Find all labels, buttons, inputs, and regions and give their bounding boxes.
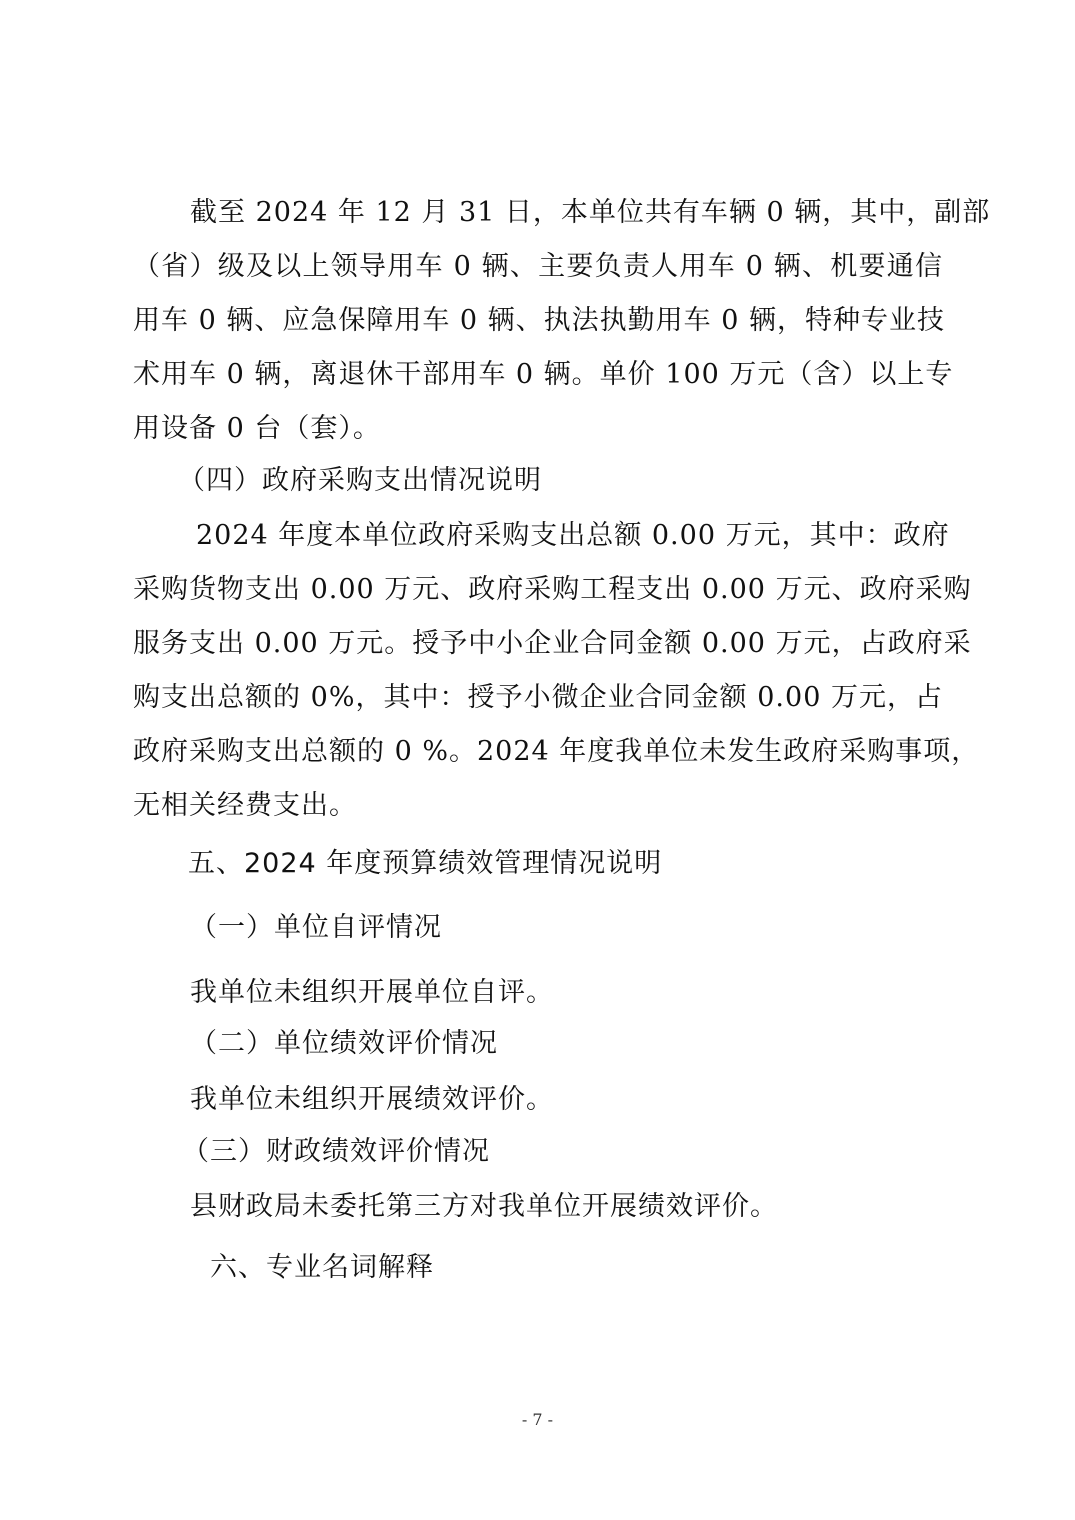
paragraph-line: 用设备 0 台（套）。 [133, 411, 381, 447]
paragraph-line: 截至 2024 年 12 月 31 日，本单位共有车辆 0 辆，其中，副部 [190, 195, 943, 231]
body-text: 我单位未组织开展绩效评价。 [190, 1082, 554, 1118]
paragraph-line: 用车 0 辆、应急保障用车 0 辆、执法执勤用车 0 辆，特种专业技 [133, 303, 943, 339]
paragraph-line: （省）级及以上领导用车 0 辆、主要负责人用车 0 辆、机要通信 [133, 249, 943, 285]
paragraph-line: 政府采购支出总额的 0 %。2024 年度我单位未发生政府采购事项， [133, 734, 943, 770]
subsection-heading: （二）单位绩效评价情况 [190, 1026, 498, 1062]
page-number: - 7 - [0, 1410, 1075, 1429]
paragraph-line: 术用车 0 辆，离退休干部用车 0 辆。单价 100 万元（含）以上专 [133, 357, 943, 393]
paragraph-line: 采购货物支出 0.00 万元、政府采购工程支出 0.00 万元、政府采购 [133, 572, 943, 608]
section-heading: 五、2024 年度预算绩效管理情况说明 [188, 846, 662, 882]
section-heading: （四）政府采购支出情况说明 [178, 463, 542, 499]
subsection-heading: （三）财政绩效评价情况 [182, 1134, 490, 1170]
paragraph-line: 服务支出 0.00 万元。授予中小企业合同金额 0.00 万元，占政府采 [133, 626, 943, 662]
subsection-heading: （一）单位自评情况 [190, 910, 442, 946]
paragraph-line: 无相关经费支出。 [133, 788, 357, 824]
body-text: 我单位未组织开展单位自评。 [190, 975, 554, 1011]
body-text: 县财政局未委托第三方对我单位开展绩效评价。 [190, 1189, 778, 1225]
paragraph-line: 购支出总额的 0%，其中：授予小微企业合同金额 0.00 万元，占 [133, 680, 943, 716]
paragraph-line: 2024 年度本单位政府采购支出总额 0.00 万元，其中：政府 [196, 518, 943, 554]
section-heading: 六、专业名词解释 [210, 1250, 434, 1286]
